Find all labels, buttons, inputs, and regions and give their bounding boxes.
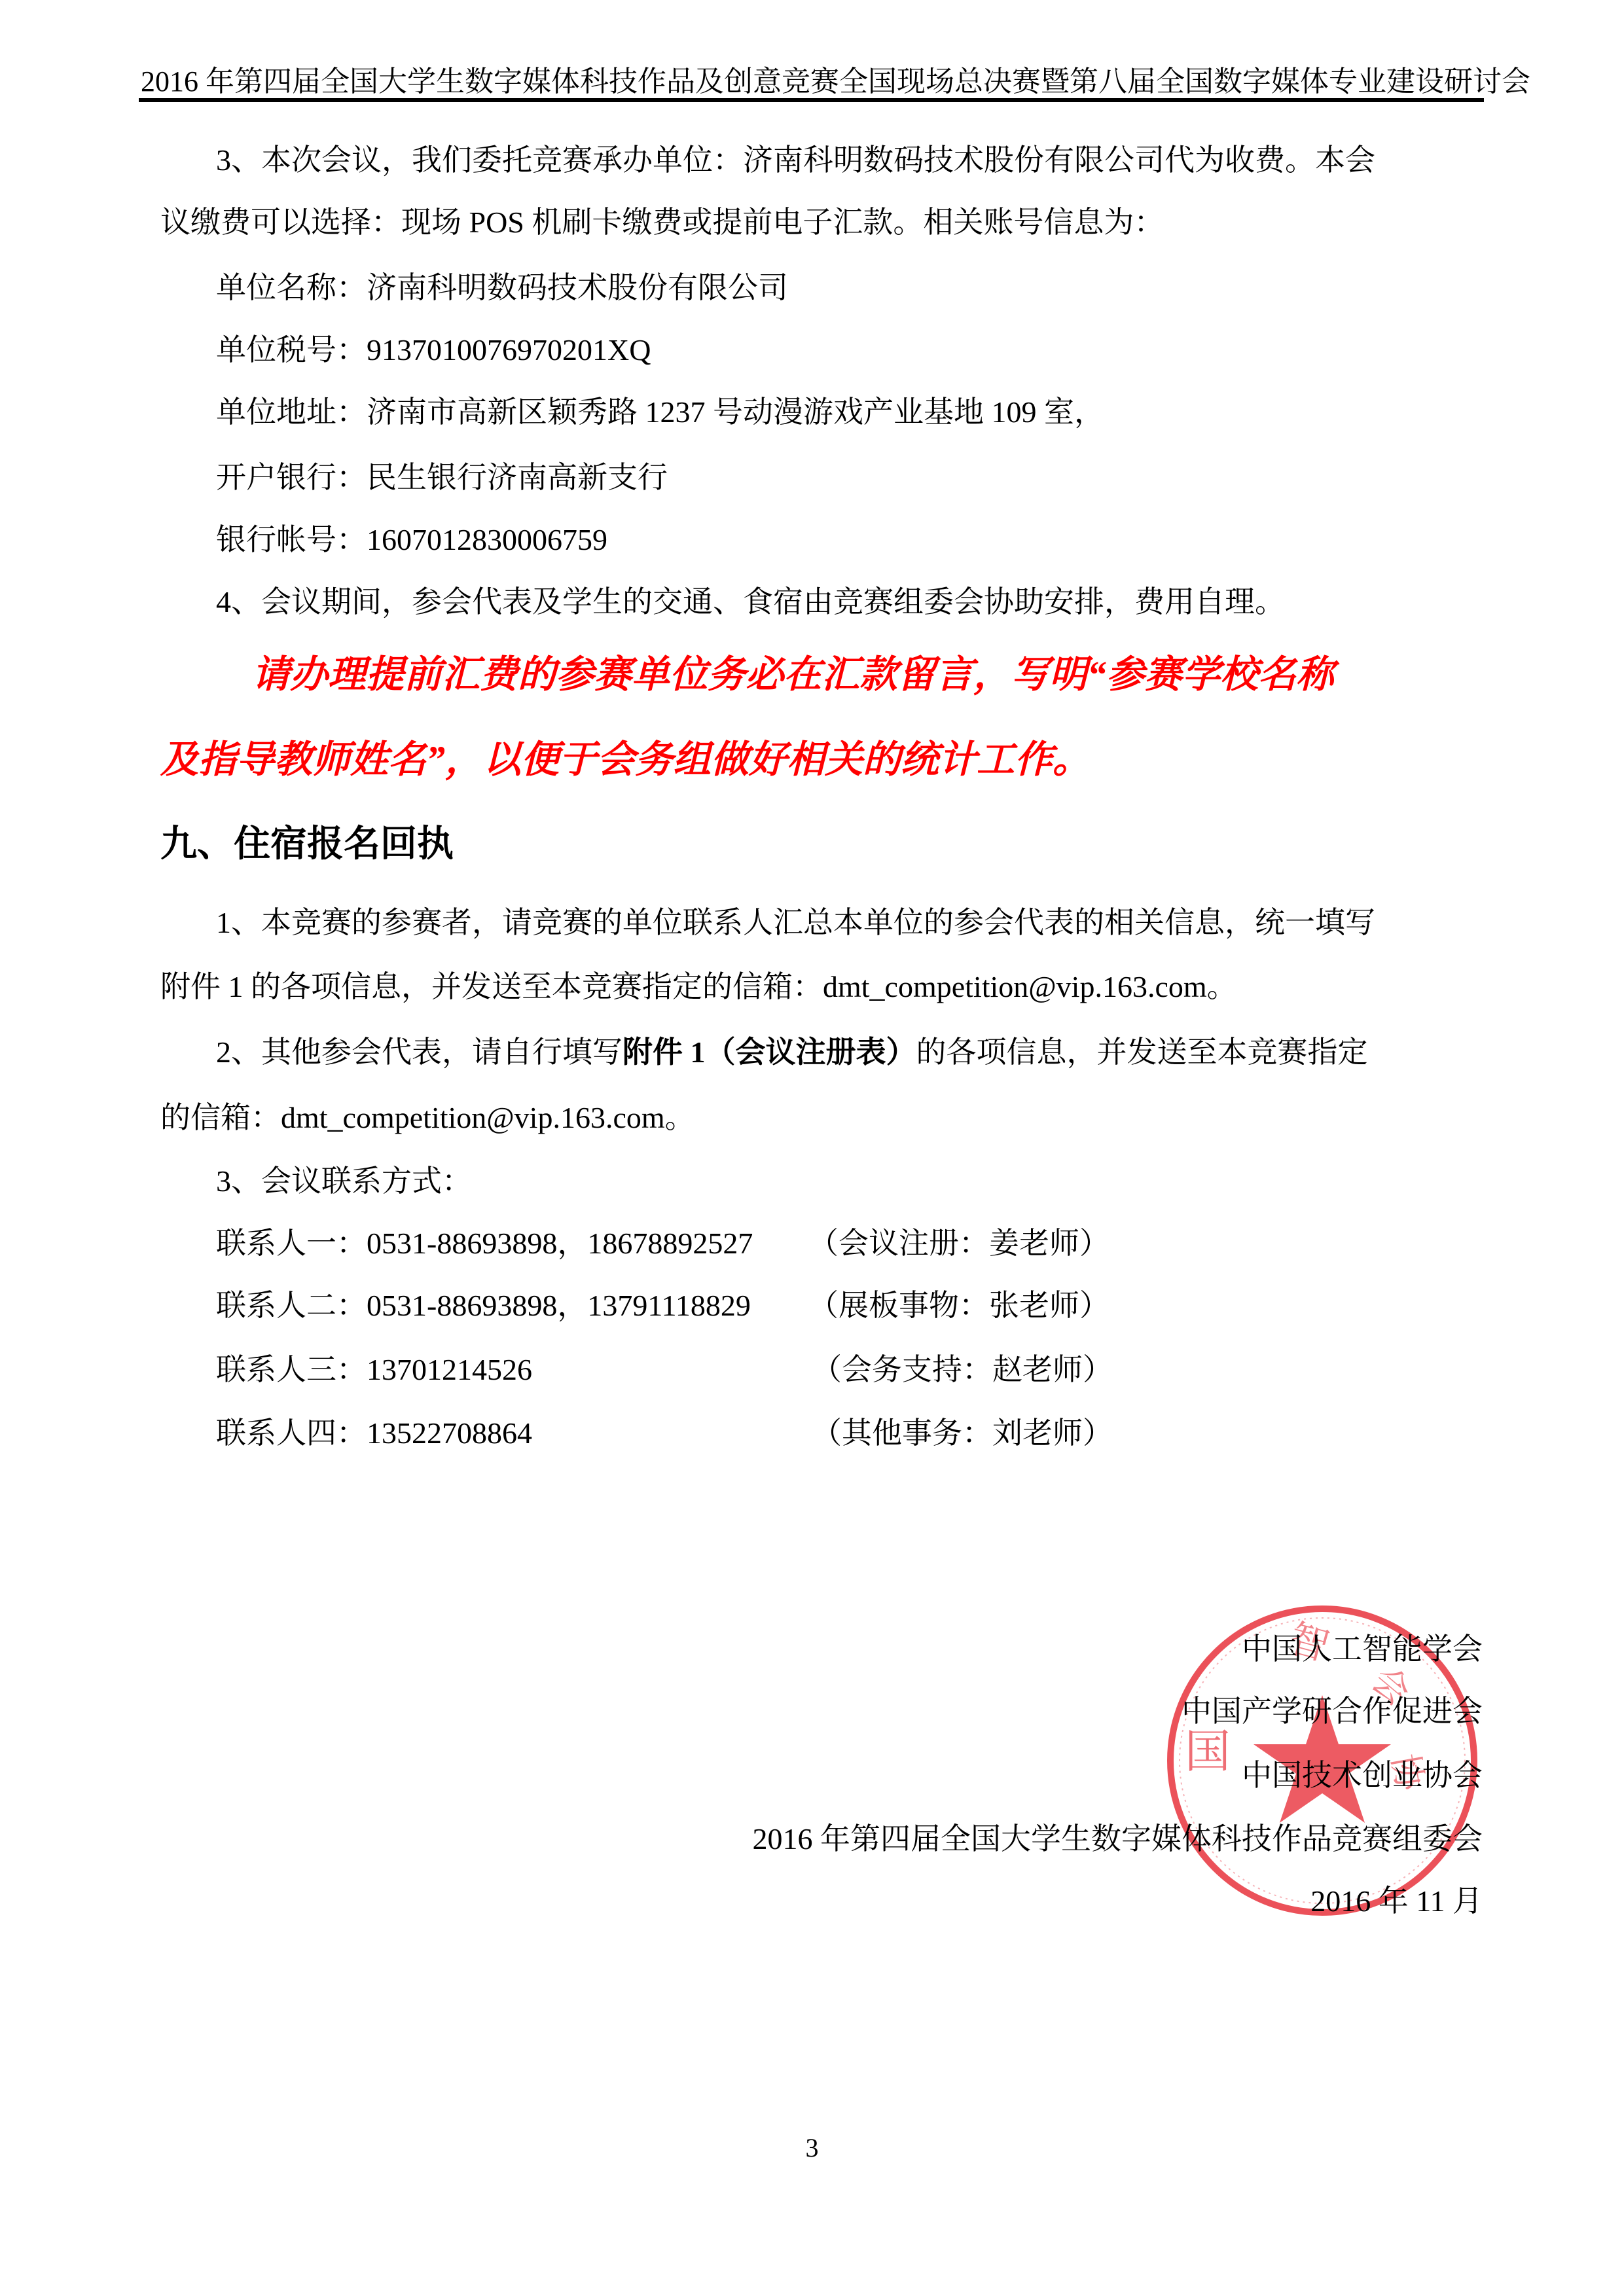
account-number-label: 银行帐号： xyxy=(216,523,367,556)
contact-role: （展板事物：张老师） xyxy=(808,1286,1110,1325)
signature-date: 2016 年 11 月 xyxy=(1310,1882,1483,1921)
remittance-notice-line2: 及指导教师姓名”，以便于会务组做好相关的统计工作。 xyxy=(160,736,1091,783)
contact-role: （会议注册：姜老师） xyxy=(808,1224,1110,1263)
attachment-1-reference: 附件 1（会议注册表） xyxy=(623,1035,916,1069)
contact-phones: 13701214526 xyxy=(367,1353,532,1386)
tax-id-row: 单位税号：9137010076970201XQ xyxy=(216,331,651,370)
page-number: 3 xyxy=(0,2132,1624,2163)
item2-text-pre: 2、其他参会代表，请自行填写 xyxy=(216,1035,623,1069)
payment-item4: 4、会议期间，参会代表及学生的交通、食宿由竞赛组委会协助安排，费用自理。 xyxy=(216,583,1285,622)
header-rule xyxy=(139,98,1484,102)
tax-id-value: 9137010076970201XQ xyxy=(367,333,651,367)
bank-label: 开户银行： xyxy=(216,461,367,494)
section9-item3: 3、会议联系方式： xyxy=(216,1162,472,1201)
bank-row: 开户银行：民生银行济南高新支行 xyxy=(216,458,668,497)
contact-row: 联系人四：13522708864 （其他事务：刘老师） xyxy=(216,1414,1198,1453)
account-name-label: 单位名称： xyxy=(216,271,367,304)
contact-row: 联系人一：0531-88693898，18678892527 （会议注册：姜老师… xyxy=(216,1224,1198,1263)
contact-phones: 0531-88693898，18678892527 xyxy=(367,1227,753,1260)
remittance-notice-line1: 请办理提前汇费的参赛单位务必在汇款留言，写明“参赛学校名称 xyxy=(252,651,1334,698)
contact-label: 联系人二： xyxy=(216,1289,367,1322)
account-name-row: 单位名称：济南科明数码技术股份有限公司 xyxy=(216,268,788,308)
contact-phones: 0531-88693898，13791118829 xyxy=(367,1289,751,1322)
svg-text:国: 国 xyxy=(1185,1725,1231,1778)
section9-item2-line2: 的信箱：dmt_competition@vip.163.com。 xyxy=(160,1098,695,1138)
signature-org-3: 中国技术创业协会 xyxy=(1242,1756,1483,1795)
payment-item3-line1: 3、本次会议，我们委托竞赛承办单位：济南科明数码技术股份有限公司代为收费。本会 xyxy=(216,141,1375,180)
section9-item2-line1: 2、其他参会代表，请自行填写附件 1（会议注册表）的各项信息，并发送至本竞赛指定 xyxy=(216,1033,1368,1072)
address-label: 单位地址： xyxy=(216,395,367,429)
contact-phones: 13522708864 xyxy=(367,1416,532,1450)
section9-item1-line1: 1、本竞赛的参赛者，请竞赛的单位联系人汇总本单位的参会代表的相关信息，统一填写 xyxy=(216,903,1375,942)
payment-item3-line2: 议缴费可以选择：现场 POS 机刷卡缴费或提前电子汇款。相关账号信息为： xyxy=(160,203,1164,242)
section9-item1-line2: 附件 1 的各项信息，并发送至本竞赛指定的信箱：dmt_competition@… xyxy=(160,967,1237,1007)
address-row: 单位地址：济南市高新区颖秀路 1237 号动漫游戏产业基地 109 室， xyxy=(216,393,1104,432)
contact-row: 联系人三：13701214526 （会务支持：赵老师） xyxy=(216,1350,1198,1390)
address-value: 济南市高新区颖秀路 1237 号动漫游戏产业基地 109 室， xyxy=(367,395,1104,429)
account-number-row: 银行帐号：1607012830006759 xyxy=(216,520,607,560)
contact-row: 联系人二：0531-88693898，13791118829 （展板事物：张老师… xyxy=(216,1286,1198,1325)
contact-label: 联系人四： xyxy=(216,1416,367,1450)
account-name-value: 济南科明数码技术股份有限公司 xyxy=(367,271,788,304)
bank-value: 民生银行济南高新支行 xyxy=(367,461,668,494)
contact-label: 联系人三： xyxy=(216,1353,367,1386)
contact-role: （其他事务：刘老师） xyxy=(812,1414,1113,1453)
item2-text-post: 的各项信息，并发送至本竞赛指定 xyxy=(916,1035,1368,1069)
running-header: 2016 年第四届全国大学生数字媒体科技作品及创意竞赛全国现场总决赛暨第八届全国… xyxy=(141,58,1483,99)
contact-label: 联系人一： xyxy=(216,1227,367,1260)
tax-id-label: 单位税号： xyxy=(216,333,367,367)
signature-org-2: 中国产学研合作促进会 xyxy=(1182,1692,1483,1731)
account-number-value: 1607012830006759 xyxy=(367,523,607,556)
section-title: 九、住宿报名回执 xyxy=(160,821,454,867)
signature-org-4: 2016 年第四届全国大学生数字媒体科技作品竞赛组委会 xyxy=(753,1820,1483,1859)
signature-org-1: 中国人工智能学会 xyxy=(1242,1630,1483,1669)
contact-role: （会务支持：赵老师） xyxy=(812,1350,1113,1390)
